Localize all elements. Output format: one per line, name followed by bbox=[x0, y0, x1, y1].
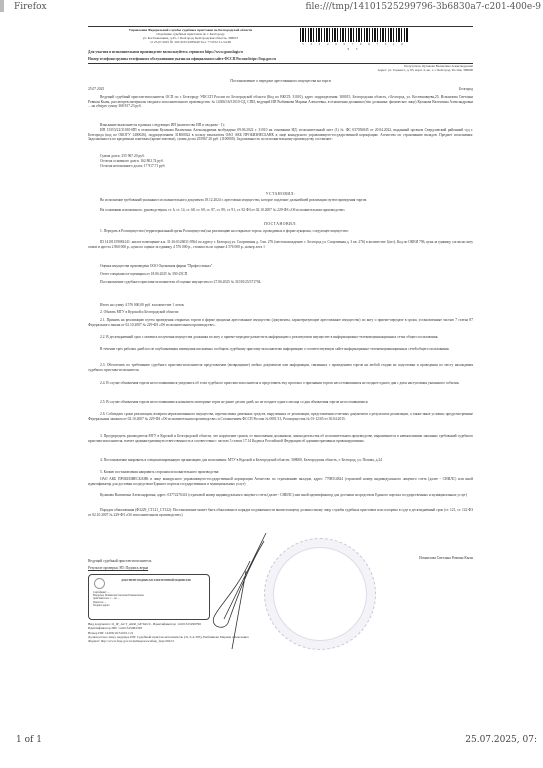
document-title: Постановление о передаче арестованного и… bbox=[88, 79, 473, 84]
amount-principal: Остаток основного долга: 162 802.74 руб. bbox=[88, 159, 473, 164]
barcode bbox=[300, 28, 408, 42]
decreed-heading: ПОСТАНОВИЛ: bbox=[88, 222, 473, 227]
print-timestamp: 25.07.2025, 07: bbox=[465, 735, 537, 745]
document-date: 25.07.2025 bbox=[88, 87, 104, 92]
phone-info: Номер телефона группы телефонного обслуж… bbox=[88, 57, 473, 64]
item-2: 2. Обязать МТУ в Курской и Белгородской … bbox=[88, 310, 473, 315]
electronic-signature-box: ДОКУМЕНТ ПОДПИСАН ЭЛЕКТРОННОЙ ПОДПИСЬЮ С… bbox=[88, 574, 210, 620]
established-heading: УСТАНОВИЛ: bbox=[88, 192, 473, 197]
item-2-1: 2.1. Принять на реализацию путем проведе… bbox=[88, 318, 473, 327]
gosuslugi-info: Для участия в исполнительном производств… bbox=[88, 50, 473, 55]
ip-paragraph: ИП 15353/22/31010-ИП в отношении Кулаков… bbox=[88, 128, 473, 142]
org-reference: от 25.07.2025 № 31010/25/1085040 Тел. +7… bbox=[88, 40, 293, 44]
item-2-2b: В течение трех рабочих дней после опубли… bbox=[88, 347, 473, 352]
ep-box-title: ДОКУМЕНТ ПОДПИСАН ЭЛЕКТРОННОЙ ПОДПИСЬЮ bbox=[107, 579, 205, 582]
app-name: Firefox bbox=[14, 2, 47, 12]
item-1: 1. Передать в Росимущество (территориаль… bbox=[88, 229, 473, 234]
item-2-6: 2.6. Соблюдать сроки реализации, возврат… bbox=[88, 412, 473, 421]
established-paragraph-2: На основании изложенного, руководствуясь… bbox=[88, 208, 473, 213]
document-city: Белгород bbox=[459, 87, 473, 92]
top-rule bbox=[88, 26, 473, 27]
item-5-debtor: Кулакова Валентина Александровна, адрес:… bbox=[88, 493, 473, 498]
appeal-procedure: Порядок обжалования (ФЗ229_СТ121_СТ122).… bbox=[88, 508, 473, 517]
item-2-2: 2.2. В десятидневный срок с момента полу… bbox=[88, 335, 473, 340]
page-indicator: 1 of 1 bbox=[16, 735, 42, 745]
ep-check-result: Результат проверки ЭП: Подпись верна bbox=[88, 566, 148, 571]
item-1-report: Отчет специалиста-оценщика от 18.06.2025… bbox=[88, 272, 473, 277]
item-1-property: ID 14101159084141: жилое помещение к.н. … bbox=[88, 240, 473, 249]
item-3: 3. Предупредить руководителя МТУ в Курск… bbox=[88, 434, 473, 443]
enforcement-note: Взыскание выполняется в рамках следующих… bbox=[88, 123, 473, 128]
item-2-5: 2.5. В случае объявления торгов несостоя… bbox=[88, 400, 473, 405]
item-2-4: 2.4. В случае объявления торгов несостоя… bbox=[88, 381, 473, 386]
intro-paragraph: Ведущий судебный пристав-исполнитель ОСП… bbox=[88, 95, 473, 109]
document-page: Управление Федеральной службы судебных п… bbox=[88, 26, 473, 666]
item-1-total: Итого на сумму 4 576 000,00 руб. в колич… bbox=[88, 303, 473, 308]
recipient-block: Получатель: Кулакова Валентина Александр… bbox=[273, 64, 473, 72]
print-header: Firefox file:///tmp/14101525299796-3b683… bbox=[0, 0, 543, 14]
ep-box-lines: Сертификат: ... Владелец: Исмаилова Свет… bbox=[93, 591, 205, 607]
meta-line: Формат: http://www.fssp.gov.ru/namespace… bbox=[88, 639, 473, 643]
recipient-address: Адрес: ул. Горького, д. 65, корп. 4, кв.… bbox=[273, 68, 473, 72]
signer-name: Исмаилова Светлана Ровшан Кызы bbox=[419, 556, 473, 561]
page-edge-mark bbox=[0, 0, 4, 12]
coat-of-arms-icon bbox=[94, 578, 105, 589]
issuing-organization: Управление Федеральной службы судебных п… bbox=[88, 28, 293, 44]
item-2-3: 2.3. Обеспечить по требованию судебного … bbox=[88, 363, 473, 372]
amount-debt: Сумма долга: 255 967.20 руб. bbox=[88, 154, 473, 159]
item-4: 4. Постановление направить в специализир… bbox=[88, 458, 473, 463]
item-1-decree: Постановление судебного пристава-исполни… bbox=[88, 280, 473, 285]
established-paragraph-1: Во исполнение требований указанного испо… bbox=[88, 198, 473, 203]
amount-secondary: Остаток неосновного долга: 17 917.71 руб… bbox=[88, 164, 473, 169]
document-metadata: Вид документа: O_IP_ACT_ARR_GETAUC, Иден… bbox=[88, 622, 473, 643]
document-url: file:///tmp/14101525299796-3b6830a7-c201… bbox=[305, 2, 541, 12]
item-5: 5. Копию постановления направить сторона… bbox=[88, 470, 473, 475]
ep-line: Подпись верна bbox=[93, 604, 205, 607]
item-1-appraiser: Оценка имущества произведена ООО Оценочн… bbox=[88, 264, 473, 269]
signer-position: Ведущий судебный пристав-исполнитель bbox=[88, 559, 151, 564]
item-5-creditor: ОАО АКБ ПРОБИЗНЕСБАНК в лице конкурсного… bbox=[88, 477, 473, 486]
